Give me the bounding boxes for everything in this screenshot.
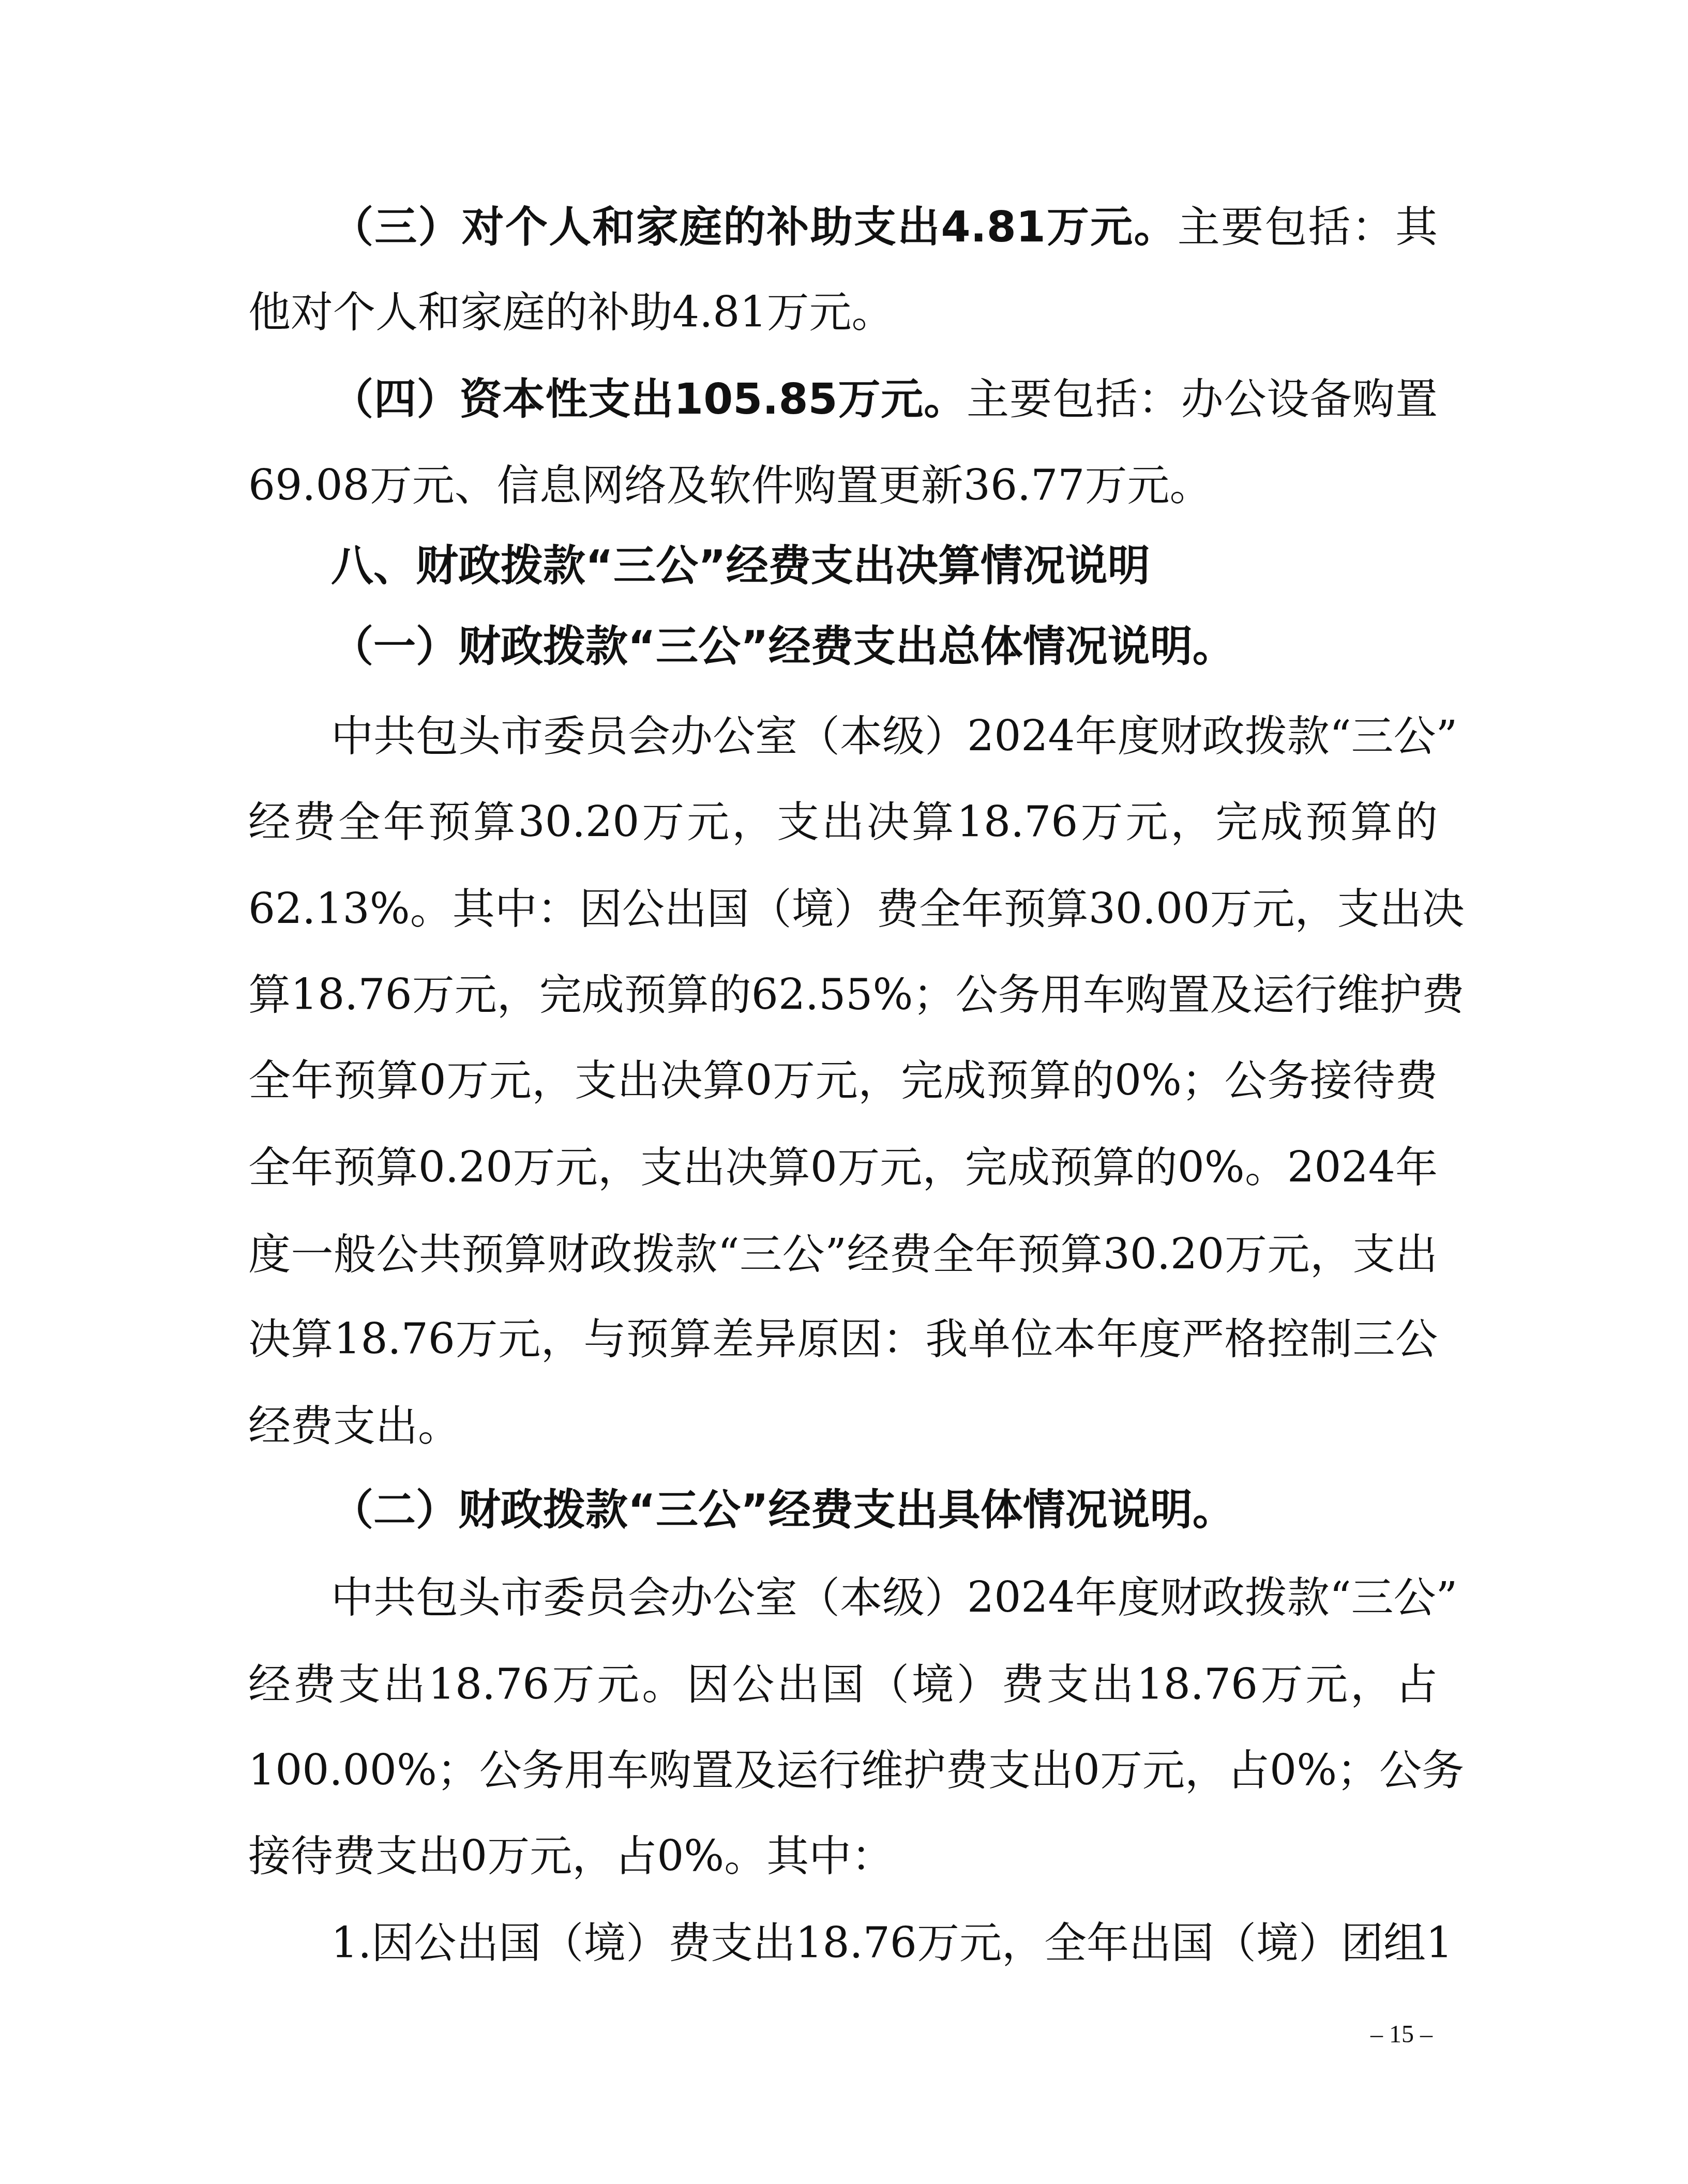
- section-heading-personal-family-subsidy: （三）对个人和家庭的补助支出4.81万元。: [331, 203, 1178, 252]
- paragraph-text: 主要包括：其: [1178, 203, 1438, 252]
- paragraph-overall-line5: 全年预算0万元，支出决算0万元，完成预算的0%；公务接待费: [248, 1038, 1438, 1124]
- section-heading-capital-expenditure: （四）资本性支出105.85万元。: [331, 375, 967, 424]
- paragraph-personal-family-subsidy-line1: （三）对个人和家庭的补助支出4.81万元。主要包括：其: [331, 185, 1438, 270]
- paragraph-overall-line2: 经费全年预算30.20万元，支出决算18.76万元，完成预算的: [248, 780, 1438, 866]
- paragraph-detailed-line3: 100.00%；公务用车购置及运行维护费支出0万元，占0%；公务: [248, 1728, 1438, 1814]
- paragraph-overall-line9: 经费支出。: [248, 1384, 1438, 1469]
- paragraph-detailed-line1: 中共包头市委员会办公室（本级）2024年度财政拨款“三公”: [331, 1555, 1438, 1641]
- section-heading-three-public-expenses: 八、财政拨款“三公”经费支出决算情况说明: [331, 523, 1438, 609]
- document-page: （三）对个人和家庭的补助支出4.81万元。主要包括：其 他对个人和家庭的补助4.…: [0, 0, 1688, 2184]
- paragraph-overall-line1: 中共包头市委员会办公室（本级）2024年度财政拨款“三公”: [331, 694, 1438, 780]
- page-number: – 15 –: [1345, 2019, 1458, 2050]
- paragraph-overall-line6: 全年预算0.20万元，支出决算0万元，完成预算的0%。2024年: [248, 1125, 1438, 1211]
- paragraph-detailed-line2: 经费支出18.76万元。因公出国（境）费支出18.76万元，占: [248, 1642, 1438, 1728]
- paragraph-detailed-line4: 接待费支出0万元，占0%。其中：: [248, 1814, 1438, 1900]
- paragraph-outbound-travel-line1: 1.因公出国（境）费支出18.76万元，全年出国（境）团组1: [331, 1901, 1438, 1986]
- paragraph-overall-line3: 62.13%。其中：因公出国（境）费全年预算30.00万元，支出决: [248, 867, 1438, 952]
- paragraph-capital-expenditure-line2: 69.08万元、信息网络及软件购置更新36.77万元。: [248, 443, 1438, 529]
- paragraph-text: 主要包括：办公设备购置: [967, 375, 1438, 424]
- paragraph-overall-line7: 度一般公共预算财政拨款“三公”经费全年预算30.20万元，支出: [248, 1212, 1438, 1298]
- subsection-heading-overall: （一）财政拨款“三公”经费支出总体情况说明。: [331, 604, 1438, 690]
- paragraph-capital-expenditure-line1: （四）资本性支出105.85万元。主要包括：办公设备购置: [331, 357, 1438, 443]
- subsection-heading-detailed: （二）财政拨款“三公”经费支出具体情况说明。: [331, 1467, 1438, 1553]
- paragraph-personal-family-subsidy-line2: 他对个人和家庭的补助4.81万元。: [248, 270, 1438, 356]
- paragraph-overall-line8: 决算18.76万元，与预算差异原因：我单位本年度严格控制三公: [248, 1297, 1438, 1383]
- paragraph-overall-line4: 算18.76万元，完成预算的62.55%；公务用车购置及运行维护费: [248, 952, 1438, 1038]
